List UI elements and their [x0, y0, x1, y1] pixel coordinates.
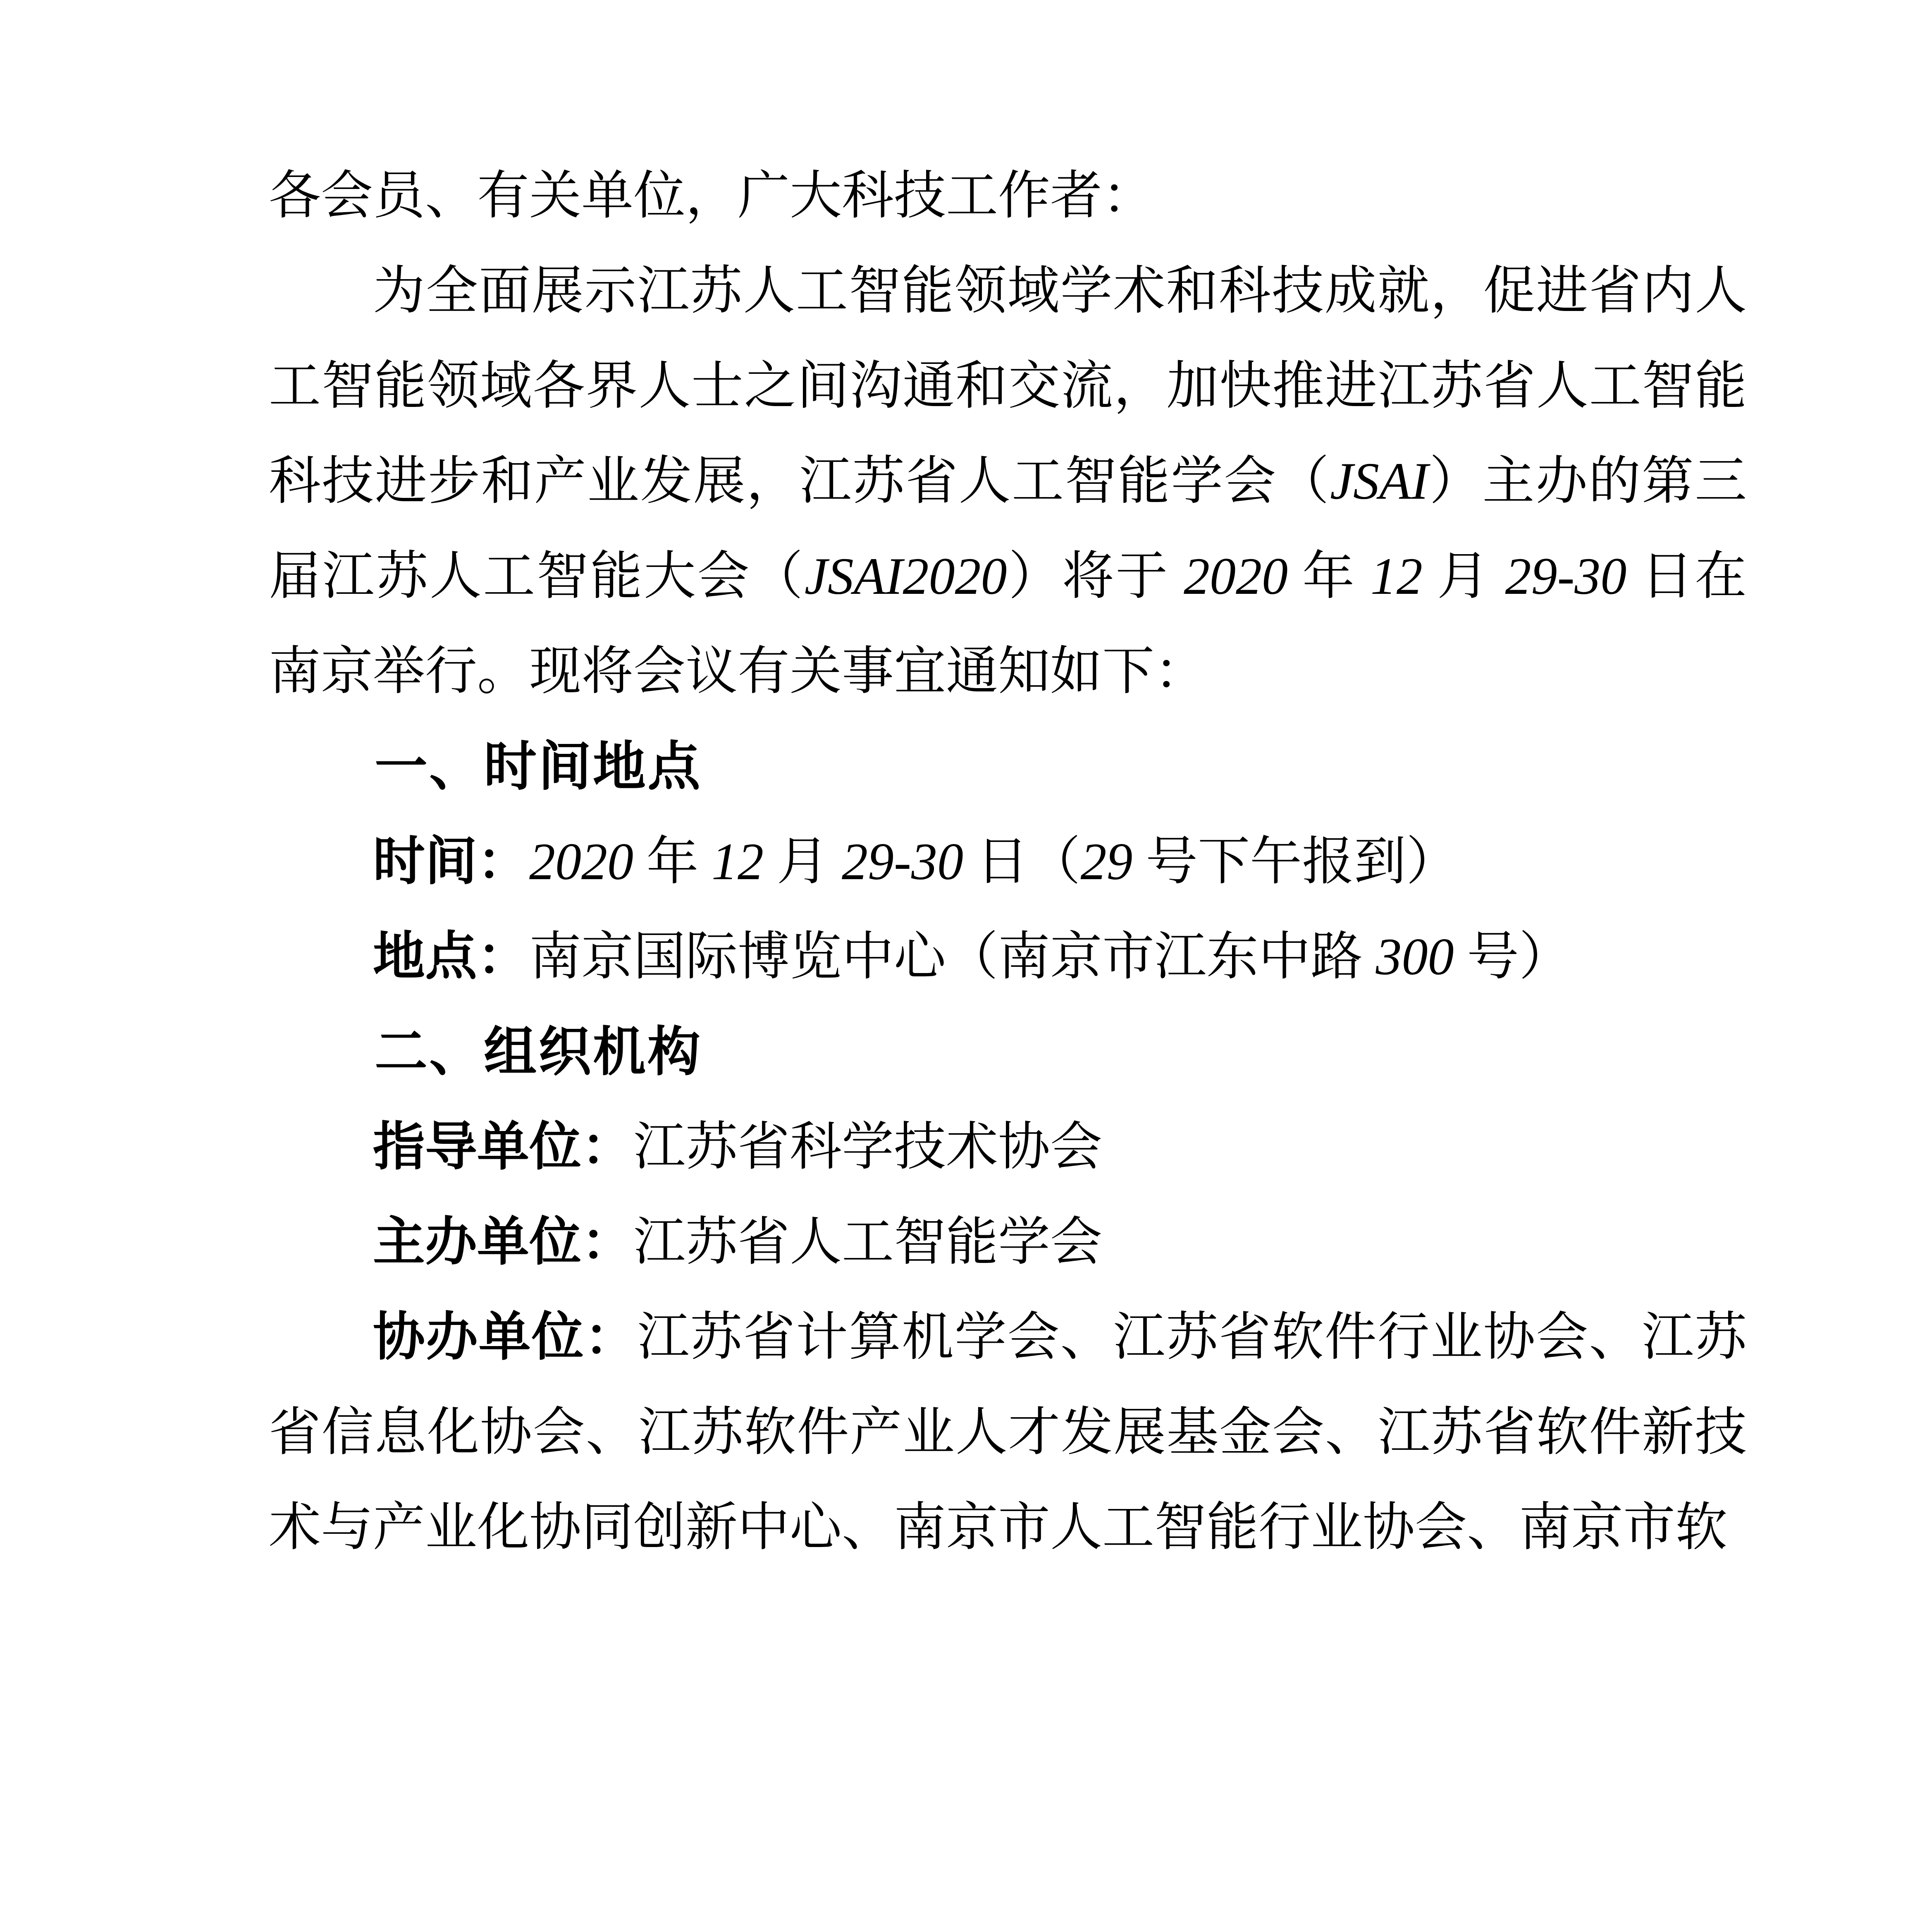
- host-unit-label: 主办单位：: [373, 1214, 633, 1271]
- place-value: 南京国际博览中心（南京市江东中路 300 号）: [529, 928, 1571, 986]
- section-heading-organization: 二、组织机构: [269, 1005, 1747, 1100]
- guiding-unit-line: 指导单位：江苏省科学技术协会: [269, 1100, 1747, 1195]
- time-label: 时间：: [373, 833, 529, 891]
- salutation-line: 各会员、有关单位，广大科技工作者：: [269, 149, 1747, 244]
- host-unit-line: 主办单位：江苏省人工智能学会: [269, 1195, 1747, 1290]
- section-heading-time-place: 一、时间地点: [269, 720, 1747, 815]
- guiding-unit-value: 江苏省科学技术协会: [633, 1119, 1102, 1176]
- document-page: 各会员、有关单位，广大科技工作者： 为全面展示江苏人工智能领域学术和科技成就，促…: [0, 0, 1932, 1913]
- time-line: 时间：2020 年 12 月 29-30 日（29 号下午报到）: [269, 815, 1747, 910]
- time-value: 2020 年 12 月 29-30 日（29 号下午报到）: [529, 833, 1458, 891]
- host-unit-value: 江苏省人工智能学会: [633, 1214, 1102, 1271]
- place-label: 地点：: [373, 928, 529, 986]
- place-line: 地点：南京国际博览中心（南京市江东中路 300 号）: [269, 910, 1747, 1005]
- document-content: 各会员、有关单位，广大科技工作者： 为全面展示江苏人工智能领域学术和科技成就，促…: [269, 149, 1747, 1576]
- guiding-unit-label: 指导单位：: [373, 1119, 633, 1176]
- co-organizer-label: 协办单位：: [373, 1309, 637, 1366]
- intro-paragraph: 为全面展示江苏人工智能领域学术和科技成就，促进省内人工智能领域各界人士之间沟通和…: [269, 244, 1747, 720]
- co-organizer-paragraph: 协办单位：江苏省计算机学会、江苏省软件行业协会、江苏省信息化协会、江苏软件产业人…: [269, 1290, 1747, 1576]
